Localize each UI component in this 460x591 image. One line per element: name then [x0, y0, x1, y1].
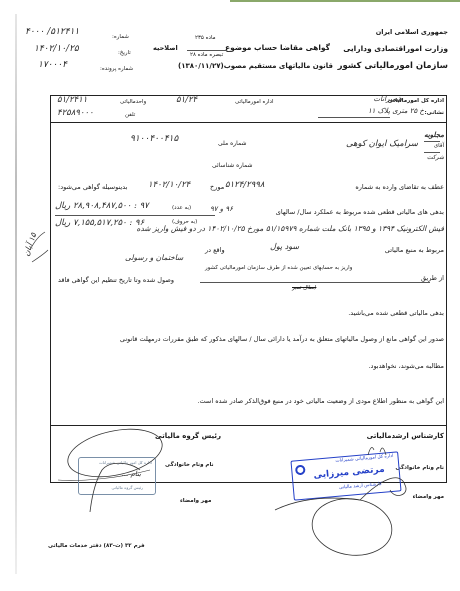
signature-strokes	[0, 0, 460, 591]
form-code: فرم ۳۲ (ت-۸۳) دفتر خدمات مالیاتی	[48, 543, 145, 549]
